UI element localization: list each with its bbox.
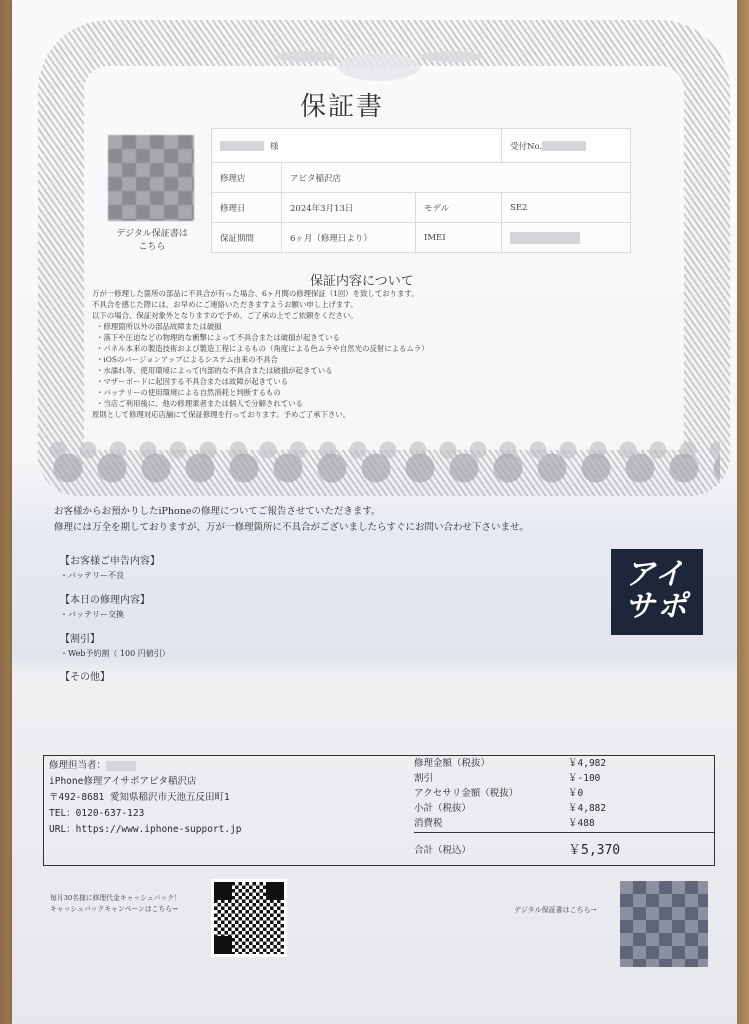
qr-code-icon: [214, 882, 284, 954]
subtotal-divider: [414, 832, 714, 833]
exclusion-item: ・修理箇所以外の部品故障または破損: [92, 321, 492, 332]
warranty-notice-title: 保証内容について: [310, 270, 414, 289]
shop-value: アピタ稲沢店: [282, 163, 631, 193]
redacted-name: [220, 141, 264, 151]
cashback-qr-code[interactable]: [211, 879, 287, 957]
document-title: 保証書: [300, 86, 384, 123]
exclusion-item: ・当店ご利用後に、他の修理業者または個人で分解されている: [92, 398, 492, 409]
section-discount: 【割引】 ・Web予約割（ 100 円値引）: [60, 630, 170, 659]
repair-report-intro: お客様からお預かりしたiPhoneの修理についてご報告させていただきます。 修理…: [54, 504, 529, 536]
shop-address: 〒492-8681 愛知県稲沢市天池五反田町1: [49, 790, 242, 806]
digital-warranty-qr-blurred-bottom[interactable]: [620, 881, 708, 967]
amount-row: 割引￥-100: [414, 771, 714, 786]
redacted-receipt-no: [542, 141, 586, 151]
leaf-ornament-row: [48, 438, 720, 496]
section-repair-content: 【本日の修理内容】 ・バッテリー交換: [60, 591, 150, 620]
imei-label: IMEI: [416, 223, 502, 253]
exclusion-item: ・パネル本来の製造技術および製造工程によるもの（角度による色ムラや自然光の反射に…: [92, 343, 492, 354]
redacted-staff: [106, 761, 136, 771]
phoenix-ornament: [234, 18, 524, 88]
digital-warranty-link-caption: デジタル保証書はこちら→: [514, 905, 596, 915]
digital-warranty-qr-blurred[interactable]: [108, 135, 194, 221]
shop-info: 修理担当者： iPhone修理アイサポアピタ稲沢店 〒492-8681 愛知県稲…: [49, 758, 242, 838]
repair-date-value: 2024年3月13日: [282, 193, 416, 223]
warranty-period-value: 6ヶ月（修理日より）: [282, 223, 416, 253]
model-value: SE2: [502, 193, 631, 223]
customer-name-cell: 様: [212, 129, 502, 163]
total-row: 合計（税込）￥5,370: [414, 843, 714, 858]
repair-date-label: 修理日: [212, 193, 282, 223]
imei-value: [502, 223, 631, 253]
digital-warranty-caption: デジタル保証書は こちら: [100, 228, 204, 254]
warranty-notice-body: 万が一修理した箇所の部品に不具合が有った場合、6ヶ月間の修理保証（1回）を致して…: [92, 288, 492, 420]
amount-row: 修理金額（税抜）￥4,982: [414, 756, 714, 771]
warranty-info-table: 様 受付No. 修理店 アピタ稲沢店 修理日 2024年3月13日 モデル SE…: [211, 128, 631, 253]
shop-url[interactable]: URL：https://www.iphone-support.jp: [49, 822, 242, 838]
isapo-logo: アイ サポ: [611, 549, 703, 635]
shop-tel: TEL：0120-637-123: [49, 806, 242, 822]
warranty-period-label: 保証期間: [212, 223, 282, 253]
exclusion-item: ・バッテリーの使用環境による自然消耗と判断するもの: [92, 387, 492, 398]
section-other: 【その他】: [60, 668, 110, 686]
wood-table: [737, 0, 749, 1024]
exclusion-item: ・水濡れ等、使用環境によって内部的な不具合または破損が起きている: [92, 365, 492, 376]
amount-row: 消費税￥488: [414, 816, 714, 831]
exclusion-item: ・落下や圧迫などの物理的な衝撃によって不具合または破損が起きている: [92, 332, 492, 343]
cashback-promo: 毎月30名様に修理代金キャッシュバック！ キャッシュバックキャンペーンはこちら→: [50, 893, 181, 915]
amount-row: 小計（税抜）￥4,882: [414, 801, 714, 816]
exclusion-item: ・マザーボードに起因する不具合または故障が起きている: [92, 376, 492, 387]
receipt-no-cell: 受付No.: [502, 129, 631, 163]
shop-label: 修理店: [212, 163, 282, 193]
amount-row: アクセサリ金額（税抜）￥0: [414, 786, 714, 801]
exclusion-item: ・iOSのバージョンアップによるシステム由来の不具合: [92, 354, 492, 365]
billing-box: 修理担当者： iPhone修理アイサポアピタ稲沢店 〒492-8681 愛知県稲…: [43, 755, 715, 866]
section-customer-report: 【お客様ご申告内容】 ・バッテリー不良: [60, 552, 160, 581]
amount-breakdown: 修理金額（税抜）￥4,982 割引￥-100 アクセサリ金額（税抜）￥0 小計（…: [414, 756, 714, 858]
shop-name: iPhone修理アイサポアピタ稲沢店: [49, 774, 242, 790]
redacted-imei: [510, 232, 580, 244]
model-label: モデル: [416, 193, 502, 223]
staff-line: 修理担当者：: [49, 758, 242, 774]
